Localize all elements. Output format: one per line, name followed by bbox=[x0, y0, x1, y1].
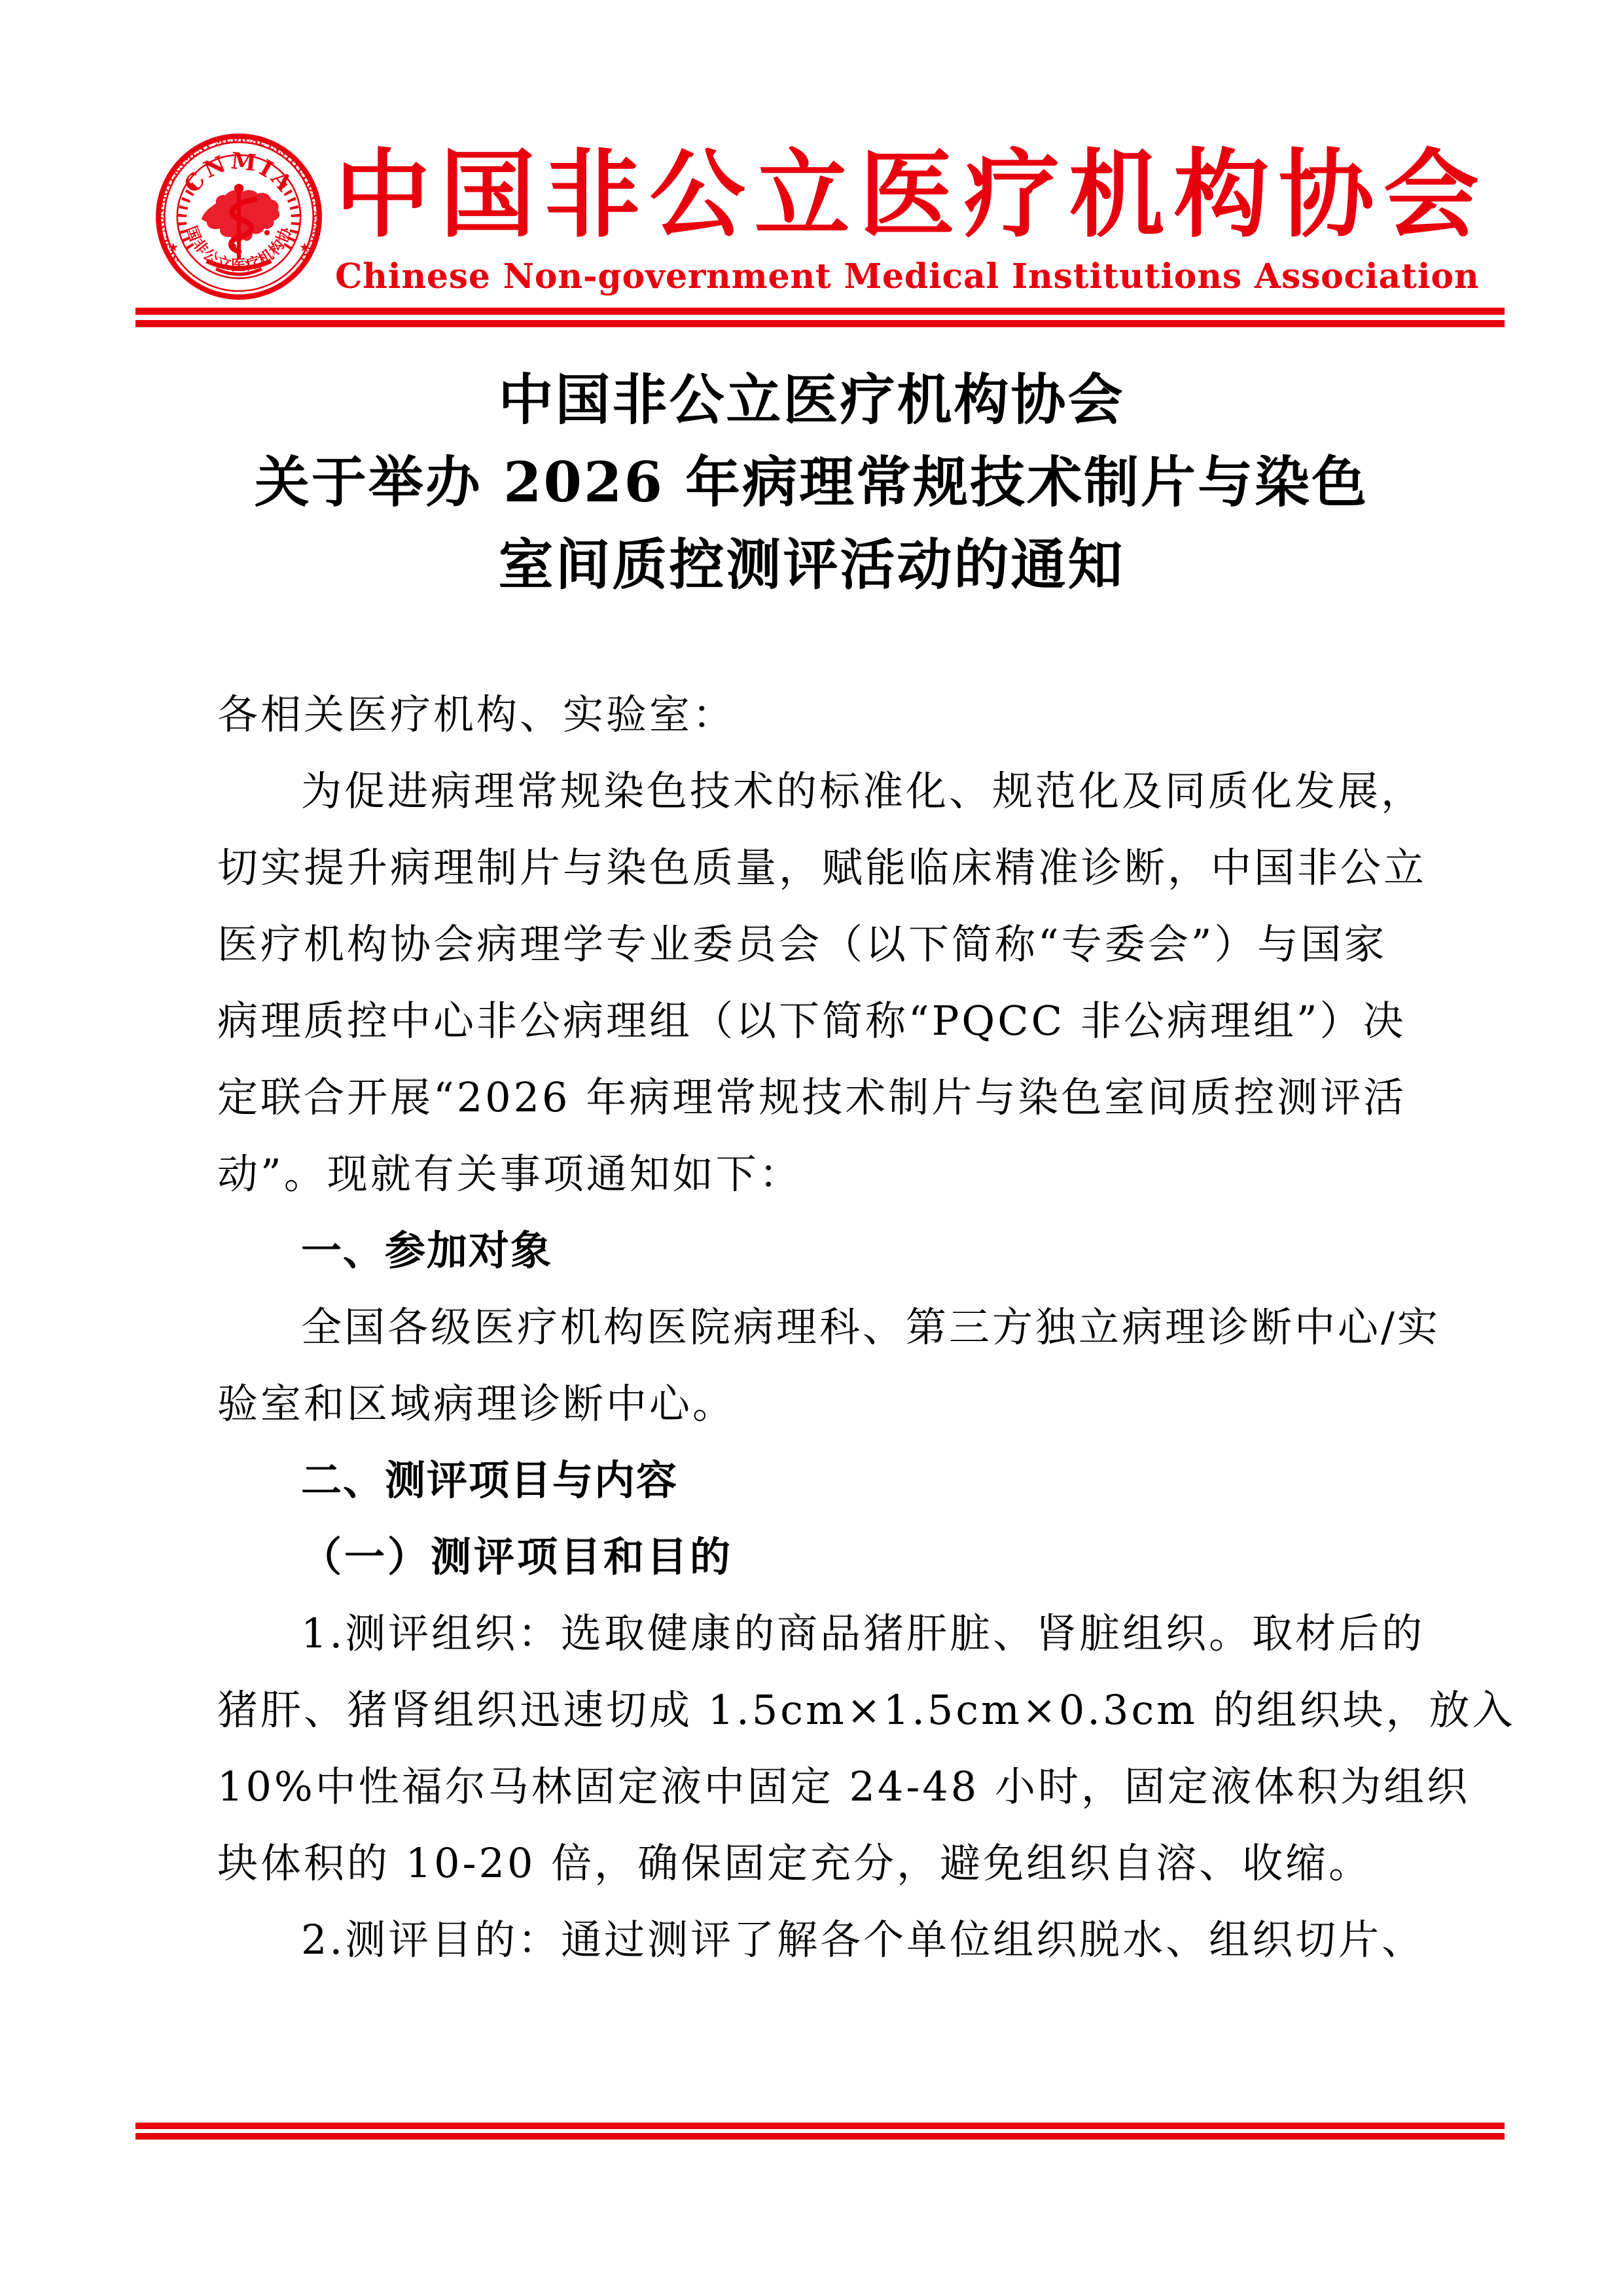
footer-rule-bottom-1 bbox=[135, 2123, 1505, 2129]
section-line: 块体积的 10-20 倍，确保固定充分，避免组织自溶、收缩。 bbox=[217, 1825, 1411, 1901]
cnmia-emblem-icon: CHINESE NON-GOVERNMENT MEDICAL INSTITUTI… bbox=[154, 132, 323, 301]
header-rule-top-2 bbox=[135, 320, 1505, 327]
header-rule-top-1 bbox=[135, 308, 1505, 315]
intro-line: 定联合开展“2026 年病理常规技术制片与染色室间质控测评活 bbox=[217, 1059, 1411, 1136]
notice-page: CHINESE NON-GOVERNMENT MEDICAL INSTITUTI… bbox=[0, 0, 1623, 2296]
section-line: 猪肝、猪肾组织迅速切成 1.5cm×1.5cm×0.3cm 的组织块，放入 bbox=[217, 1672, 1411, 1748]
section-heading-participants: 一、参加对象 bbox=[217, 1212, 1411, 1289]
doc-title-line-1: 中国非公立医疗机构协会 bbox=[196, 359, 1427, 441]
intro-line: 病理质控中心非公病理组（以下简称“PQCC 非公病理组”）决 bbox=[217, 982, 1411, 1059]
intro-line: 医疗机构协会病理学专业委员会（以下简称“专委会”）与国家 bbox=[217, 906, 1411, 982]
org-name-en: Chinese Non-government Medical Instituti… bbox=[335, 258, 1479, 296]
doc-title-line-3: 室间质控测评活动的通知 bbox=[196, 524, 1427, 606]
section-line: 2.测评目的：通过测评了解各个单位组织脱水、组织切片、 bbox=[217, 1901, 1411, 1978]
subsection-heading-items-purpose: （一）测评项目和目的 bbox=[217, 1518, 1411, 1595]
cnmia-logo: CHINESE NON-GOVERNMENT MEDICAL INSTITUTI… bbox=[154, 132, 323, 301]
org-name-cn: 中国非公立医疗机构协会 bbox=[335, 137, 1479, 253]
doc-body: 各相关医疗机构、实验室： 为促进病理常规染色技术的标准化、规范化及同质化发展， … bbox=[217, 676, 1411, 1978]
doc-title-line-2: 关于举办 2026 年病理常规技术制片与染色 bbox=[196, 441, 1427, 524]
section-line: 1.测评组织：选取健康的商品猪肝脏、肾脏组织。取材后的 bbox=[217, 1595, 1411, 1672]
intro-line: 切实提升病理制片与染色质量，赋能临床精准诊断，中国非公立 bbox=[217, 829, 1411, 906]
doc-title: 中国非公立医疗机构协会 关于举办 2026 年病理常规技术制片与染色 室间质控测… bbox=[196, 359, 1427, 606]
footer-rule-bottom-2 bbox=[135, 2133, 1505, 2140]
salutation: 各相关医疗机构、实验室： bbox=[217, 676, 1411, 753]
logo-map-island-dot bbox=[264, 230, 270, 235]
section-line: 10%中性福尔马林固定液中固定 24-48 小时，固定液体积为组织 bbox=[217, 1748, 1411, 1825]
section-heading-evaluation: 二、测评项目与内容 bbox=[217, 1442, 1411, 1518]
intro-line: 动”。现就有关事项通知如下： bbox=[217, 1136, 1411, 1212]
intro-line: 为促进病理常规染色技术的标准化、规范化及同质化发展， bbox=[217, 753, 1411, 829]
logo-star-right-icon: ★ bbox=[299, 241, 310, 255]
logo-star-left-icon: ★ bbox=[168, 241, 179, 255]
section-line: 全国各级医疗机构医院病理科、第三方独立病理诊断中心/实 bbox=[217, 1289, 1411, 1365]
section-line: 验室和区域病理诊断中心。 bbox=[217, 1365, 1411, 1442]
